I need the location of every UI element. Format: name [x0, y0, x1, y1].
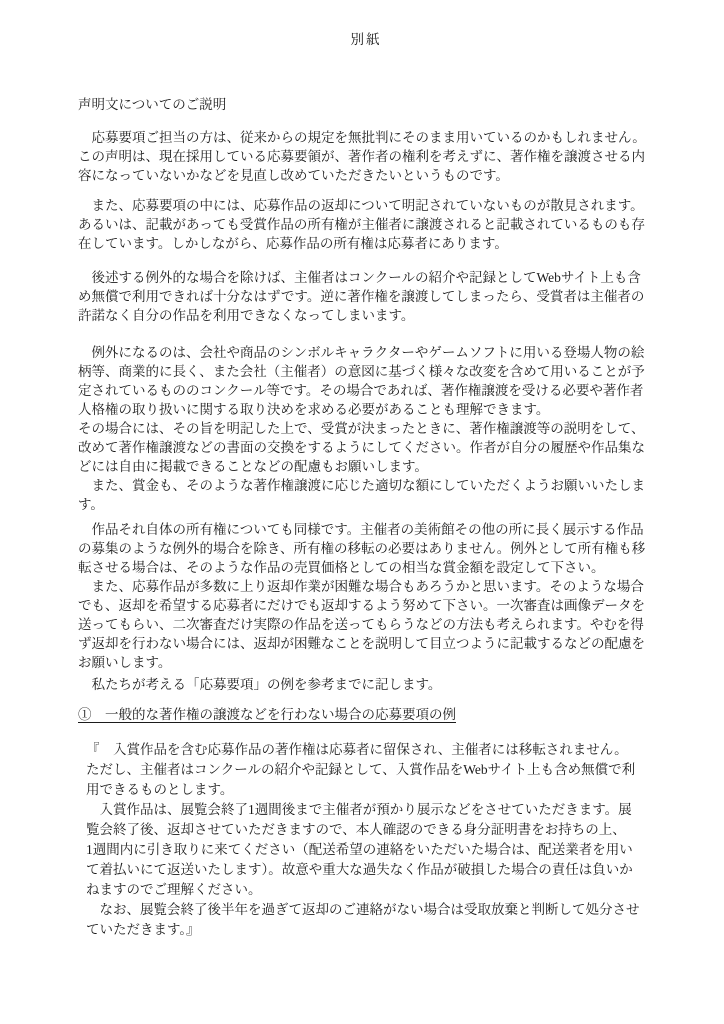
- para-return-not-stated: また、応募要項の中には、応募作品の返却について明記されていないものが散見されます…: [78, 196, 654, 253]
- text-line: ていただきます。』: [86, 920, 654, 940]
- text-line: なお、展覧会終了後半年を過ぎて返却のご連絡がない場合は受取放棄と判断して処分させ: [86, 900, 654, 920]
- text-line: 改めて著作権譲渡などの書面の交換をするようにしてください。作者が自分の履歴や作品…: [78, 438, 654, 457]
- text-line: ① 一般的な著作権の譲渡などを行わない場合の応募要項の例: [78, 705, 654, 724]
- example-quote: 『 入賞作品を含む応募作品の著作権は応募者に留保され、主催者には移転されません。…: [78, 740, 654, 940]
- para-example-intro: 私たちが考える「応募要項」の例を参考までに記します。: [78, 675, 654, 694]
- text-line: 人格権の取り扱いに関する取り決めを求める必要があることも理解できます。: [78, 400, 654, 419]
- document-body: 応募要項ご担当の方は、従来からの規定を無批判にそのまま用いているのかもしれません…: [78, 128, 654, 940]
- text-line: 用できるものとします。: [86, 780, 654, 800]
- text-line: 柄等、商業的に長く、また会社（主催者）の意図に基づく様々な改変を含めて用いること…: [78, 362, 654, 381]
- para-guidelines-unrevised: 応募要項ご担当の方は、従来からの規定を無批判にそのまま用いているのかもしれません…: [78, 128, 654, 185]
- para-exceptions: 例外になるのは、会社や商品のシンボルキャラクターやゲームソフトに用いる登場人物の…: [78, 343, 654, 514]
- text-line: 在しています。しかしながら、応募作品の所有権は応募者にあります。: [78, 234, 654, 253]
- text-line: 定されているもののコンクール等です。その場合であれば、著作権譲渡を受ける必要や著…: [78, 381, 654, 400]
- text-line: 入賞作品は、展覧会終了1週間後まで主催者が預かり展示などをさせていただきます。展: [86, 800, 654, 820]
- text-line: ねますのでご理解ください。: [86, 880, 654, 900]
- text-line: また、応募作品が多数に上り返却作業が困難な場合もあろうかと思います。そのような場…: [78, 577, 654, 596]
- text-line: 後述する例外的な場合を除けば、主催者はコンクールの紹介や記録としてWebサイト上…: [78, 268, 654, 287]
- text-line: 容になっていないかなどを見直し改めていただきたいというものです。: [78, 166, 654, 185]
- doc-heading: 声明文についてのご説明: [78, 95, 654, 114]
- text-line: あるいは、記載があっても受賞作品の所有権が主催者に譲渡されると記載されているもの…: [78, 215, 654, 234]
- document-page: 別紙 声明文についてのご説明 応募要項ご担当の方は、従来からの規定を無批判にその…: [0, 0, 724, 1024]
- text-line: 送ってもらい、二次審査だけ実際の作品を送ってもらうなどの方法も考えられます。やむ…: [78, 615, 654, 634]
- text-line: ただし、主催者はコンクールの紹介や記録として、入賞作品をWebサイト上も含め無償…: [86, 760, 654, 780]
- text-line: また、賞金も、そのような著作権譲渡に応じた適切な額にしていただくようお願いいたし…: [78, 476, 654, 495]
- text-line: 私たちが考える「応募要項」の例を参考までに記します。: [78, 675, 654, 694]
- text-line: 覧会終了後、返却させていただきますので、本人確認のできる身分証明書をお持ちの上、: [86, 820, 654, 840]
- text-line: その場合には、その旨を明記した上で、受賞が決まったときに、著作権譲渡等の説明をし…: [78, 419, 654, 438]
- text-line: どには自由に掲載できることなどの配慮もお願いします。: [78, 457, 654, 476]
- text-line: 許諾なく自分の作品を利用できなくなってしまいます。: [78, 306, 654, 325]
- text-line: この声明は、現在採用している応募要領が、著作者の権利を考えずに、著作権を譲渡させ…: [78, 147, 654, 166]
- text-line: 応募要項ご担当の方は、従来からの規定を無批判にそのまま用いているのかもしれません…: [78, 128, 654, 147]
- text-line: お願いします。: [78, 653, 654, 672]
- attachment-label: 別紙: [78, 30, 654, 49]
- text-line: め無償で利用できれば十分なはずです。逆に著作権を譲渡してしまったら、受賞者は主催…: [78, 287, 654, 306]
- text-line: の募集のような例外的場合を除き、所有権の移転の必要はありません。例外として所有権…: [78, 539, 654, 558]
- text-line: 『 入賞作品を含む応募作品の著作権は応募者に留保され、主催者には移転されません。: [86, 740, 654, 760]
- para-ownership: 作品それ自体の所有権についても同様です。主催者の美術館その他の所に長く展示する作…: [78, 520, 654, 672]
- text-line: 転させる場合は、そのような作品の売買価格としての相当な賞金額を設定して下さい。: [78, 558, 654, 577]
- text-line: また、応募要項の中には、応募作品の返却について明記されていないものが散見されます…: [78, 196, 654, 215]
- text-line: 作品それ自体の所有権についても同様です。主催者の美術館その他の所に長く展示する作…: [78, 520, 654, 539]
- text-line: 1週間内に引き取りに来てください（配送希望の連絡をいただいた場合は、配送業者を用…: [86, 840, 654, 860]
- text-line: 例外になるのは、会社や商品のシンボルキャラクターやゲームソフトに用いる登場人物の…: [78, 343, 654, 362]
- para-web-use-sufficient: 後述する例外的な場合を除けば、主催者はコンクールの紹介や記録としてWebサイト上…: [78, 268, 654, 325]
- text-line: す。: [78, 495, 654, 514]
- text-line: ず返却を行わない場合には、返却が困難なことを説明して目立つように記載するなどの配…: [78, 634, 654, 653]
- text-line: でも、返却を希望する応募者にだけでも返却するよう努めて下さい。一次審査は画像デー…: [78, 596, 654, 615]
- text-line: て着払いにて返送いたします）。故意や重大な過失なく作品が破損した場合の責任は負い…: [86, 860, 654, 880]
- example-heading: ① 一般的な著作権の譲渡などを行わない場合の応募要項の例: [78, 705, 654, 724]
